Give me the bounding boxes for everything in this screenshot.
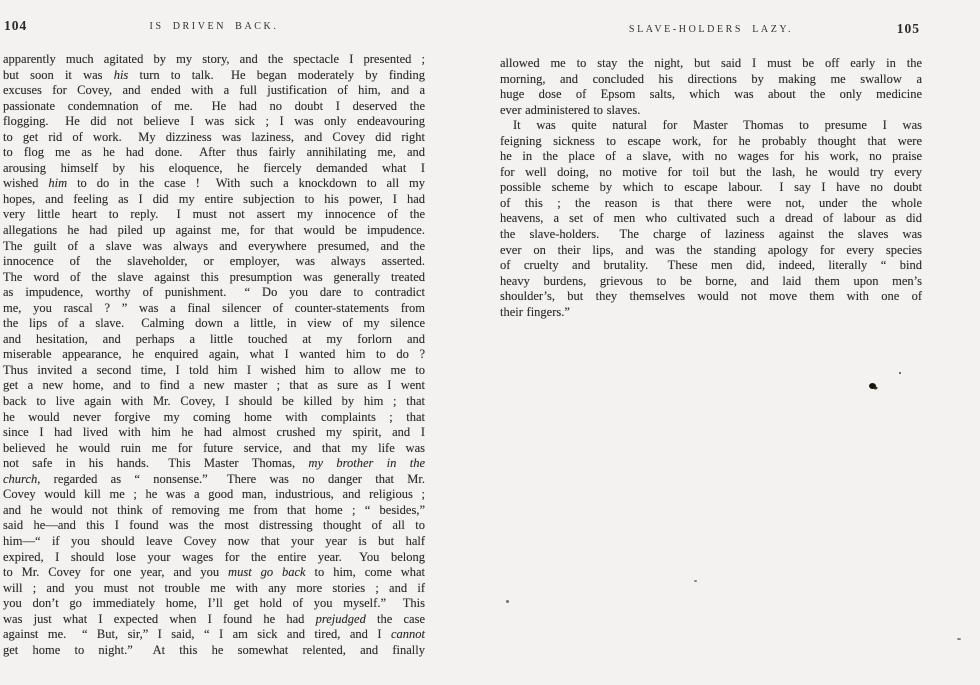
text-run: allegations he had piled up against me, … xyxy=(3,223,425,237)
italic-text-run: my brother in the xyxy=(308,456,425,470)
text-line: as impudence, worthy of punishment. “ Do… xyxy=(3,285,425,301)
page-number-left: 104 xyxy=(4,18,27,34)
text-run: wished xyxy=(3,176,48,190)
ink-speck xyxy=(694,580,697,582)
text-run: you don’t go immediately home, I’ll get … xyxy=(3,596,425,610)
text-run: the case xyxy=(366,612,425,626)
text-run: to flog me as he had done. After thus fa… xyxy=(3,145,425,159)
running-head-right: SLAVE-HOLDERS LAZY. xyxy=(500,24,922,35)
text-line: arousing himself by his eloquence, he fi… xyxy=(3,161,425,177)
text-run: passionate condemnation of me. He had no… xyxy=(3,99,425,113)
text-run: said he—and this I found was the most di… xyxy=(3,518,425,532)
text-run: , regarded as “ nonsense.” There was no … xyxy=(37,472,425,486)
text-line: Covey would kill me ; he was a good man,… xyxy=(3,487,425,503)
book-scan: 104 IS DRIVEN BACK. apparently much agit… xyxy=(0,0,980,685)
italic-text-run: church xyxy=(3,472,37,486)
text-run: feigning sickness to escape work, for he… xyxy=(500,134,922,148)
text-run: as impudence, worthy of punishment. “ Do… xyxy=(3,285,425,299)
page-number-right: 105 xyxy=(897,21,920,37)
text-line: he would never forgive my coming home wi… xyxy=(3,410,425,426)
text-line: The word of the slave against this presu… xyxy=(3,270,425,286)
text-line: but soon it was his turn to talk. He beg… xyxy=(3,68,425,84)
text-line: said he—and this I found was the most di… xyxy=(3,518,425,534)
text-line: Thus invited a second time, I told him I… xyxy=(3,363,425,379)
text-run: get a new home, and to find a new master… xyxy=(3,378,425,392)
ink-speck xyxy=(957,638,961,640)
text-line: was just what I expected when I found he… xyxy=(3,612,425,628)
text-line: to get rid of work. My dizziness was laz… xyxy=(3,130,425,146)
text-line: possible scheme by which to escape labou… xyxy=(500,180,922,196)
text-line: huge dose of Epsom salts, which was abou… xyxy=(500,87,922,103)
text-run: morning, and concluded his directions by… xyxy=(500,72,922,86)
text-line: and hesitation, and perhaps a little tou… xyxy=(3,332,425,348)
text-line: not safe in his hands. This Master Thoma… xyxy=(3,456,425,472)
text-line: against me. “ But, sir,” I said, “ I am … xyxy=(3,627,425,643)
text-line: The guilt of a slave was always and ever… xyxy=(3,239,425,255)
text-line: their fingers.” xyxy=(500,305,922,321)
text-run: he would never forgive my coming home wi… xyxy=(3,410,425,424)
text-line: heavy burdens, grievous to be borne, and… xyxy=(500,274,922,290)
text-run: and he would not think of removing me fr… xyxy=(3,503,425,517)
text-run: believed he would ruin me for future ser… xyxy=(3,441,425,455)
text-run: miserable appearance, he enquired again,… xyxy=(3,347,425,361)
text-run: turn to talk. He began moderately by fin… xyxy=(128,68,425,82)
text-run: huge dose of Epsom salts, which was abou… xyxy=(500,87,922,101)
paragraph: allowed me to stay the night, but said I… xyxy=(500,56,922,118)
text-line: me, you rascal ? ” was a final silencer … xyxy=(3,301,425,317)
text-run: back to live again with Mr. Covey, I sho… xyxy=(3,394,425,408)
text-run: excuses for Covey, and ended with a full… xyxy=(3,83,425,97)
text-run: not safe in his hands. This Master Thoma… xyxy=(3,456,308,470)
text-run: him—“ if you should leave Covey now that… xyxy=(3,534,425,548)
text-run: and hesitation, and perhaps a little tou… xyxy=(3,332,425,346)
italic-text-run: him xyxy=(48,176,67,190)
text-run: their fingers.” xyxy=(500,305,570,319)
text-run: the lips of a slave. Calming down a litt… xyxy=(3,316,425,330)
text-line: get a new home, and to find a new master… xyxy=(3,378,425,394)
text-line: flogging. He did not believe I was sick … xyxy=(3,114,425,130)
page-header-right: SLAVE-HOLDERS LAZY. 105 xyxy=(500,24,922,40)
text-line: of this ; the reason is that there were … xyxy=(500,196,922,212)
page-body-right: allowed me to stay the night, but said I… xyxy=(500,56,922,320)
text-line: apparently much agitated by my story, an… xyxy=(3,52,425,68)
text-line: ever administered to slaves. xyxy=(500,103,922,119)
text-run: the slave-holders. The charge of lazines… xyxy=(500,227,922,241)
text-run: to get rid of work. My dizziness was laz… xyxy=(3,130,425,144)
text-line: him—“ if you should leave Covey now that… xyxy=(3,534,425,550)
text-run: of cruelty and brutality. These men did,… xyxy=(500,258,922,272)
text-line: he in the place of a slave, with no wage… xyxy=(500,149,922,165)
text-line: expired, I should lose your wages for th… xyxy=(3,550,425,566)
text-line: and he would not think of removing me fr… xyxy=(3,503,425,519)
text-run: to Mr. Covey for one year, and you xyxy=(3,565,228,579)
text-run: allowed me to stay the night, but said I… xyxy=(500,56,922,70)
text-line: allegations he had piled up against me, … xyxy=(3,223,425,239)
text-line: to flog me as he had done. After thus fa… xyxy=(3,145,425,161)
paragraph: It was quite natural for Master Thomas t… xyxy=(500,118,922,320)
text-line: feigning sickness to escape work, for he… xyxy=(500,134,922,150)
text-line: allowed me to stay the night, but said I… xyxy=(500,56,922,72)
italic-text-run: cannot xyxy=(391,627,425,641)
text-run: for well doing, no motive for toil but t… xyxy=(500,165,922,179)
text-run: ever on their lips, and was the standing… xyxy=(500,243,922,257)
text-run: It was quite natural for Master Thomas t… xyxy=(513,118,922,132)
ink-speck xyxy=(506,600,509,603)
paragraph: apparently much agitated by my story, an… xyxy=(3,52,425,658)
text-line: since I had lived with him he had almost… xyxy=(3,425,425,441)
text-run: to do in the case ! With such a knockdow… xyxy=(67,176,425,190)
text-run: but soon it was xyxy=(3,68,114,82)
text-run: apparently much agitated by my story, an… xyxy=(3,52,425,66)
text-run: heavens, a set of men who cultivated suc… xyxy=(500,211,922,225)
text-line: get home to night.” At this he somewhat … xyxy=(3,643,425,659)
text-run: shoulder’s, but they themselves would no… xyxy=(500,289,922,303)
text-line: innocence of the slaveholder, or employe… xyxy=(3,254,425,270)
text-run: possible scheme by which to escape labou… xyxy=(500,180,922,194)
text-line: back to live again with Mr. Covey, I sho… xyxy=(3,394,425,410)
text-line: excuses for Covey, and ended with a full… xyxy=(3,83,425,99)
text-line: hopes, and feeling as I did my entire su… xyxy=(3,192,425,208)
text-run: Thus invited a second time, I told him I… xyxy=(3,363,425,377)
text-run: get home to night.” At this he somewhat … xyxy=(3,643,425,657)
text-line: the lips of a slave. Calming down a litt… xyxy=(3,316,425,332)
text-line: of cruelty and brutality. These men did,… xyxy=(500,258,922,274)
text-line: It was quite natural for Master Thomas t… xyxy=(500,118,922,134)
italic-text-run: must go back xyxy=(228,565,306,579)
text-line: believed he would ruin me for future ser… xyxy=(3,441,425,457)
text-line: passionate condemnation of me. He had no… xyxy=(3,99,425,115)
text-run: of this ; the reason is that there were … xyxy=(500,196,922,210)
text-run: he in the place of a slave, with no wage… xyxy=(500,149,922,163)
text-line: ever on their lips, and was the standing… xyxy=(500,243,922,259)
text-line: will ; and you must not trouble me with … xyxy=(3,581,425,597)
text-run: ever administered to slaves. xyxy=(500,103,640,117)
text-line: church, regarded as “ nonsense.” There w… xyxy=(3,472,425,488)
text-line: you don’t go immediately home, I’ll get … xyxy=(3,596,425,612)
text-run: hopes, and feeling as I did my entire su… xyxy=(3,192,425,206)
italic-text-run: prejudged xyxy=(316,612,366,626)
text-run: expired, I should lose your wages for th… xyxy=(3,550,425,564)
text-line: very little heart to reply. I must not a… xyxy=(3,207,425,223)
text-run: innocence of the slaveholder, or employe… xyxy=(3,254,425,268)
ink-blot xyxy=(869,383,876,389)
text-line: miserable appearance, he enquired again,… xyxy=(3,347,425,363)
text-line: wished him to do in the case ! With such… xyxy=(3,176,425,192)
text-run: Covey would kill me ; he was a good man,… xyxy=(3,487,425,501)
text-line: shoulder’s, but they themselves would no… xyxy=(500,289,922,305)
text-run: The word of the slave against this presu… xyxy=(3,270,425,284)
text-run: me, you rascal ? ” was a final silencer … xyxy=(3,301,425,315)
page-header-left: 104 IS DRIVEN BACK. xyxy=(3,21,425,37)
text-run: arousing himself by his eloquence, he fi… xyxy=(3,161,425,175)
text-run: very little heart to reply. I must not a… xyxy=(3,207,425,221)
italic-text-run: his xyxy=(114,68,129,82)
page-body-left: apparently much agitated by my story, an… xyxy=(3,52,425,658)
text-line: morning, and concluded his directions by… xyxy=(500,72,922,88)
text-line: to Mr. Covey for one year, and you must … xyxy=(3,565,425,581)
running-head-left: IS DRIVEN BACK. xyxy=(3,21,425,32)
text-run: heavy burdens, grievous to be borne, and… xyxy=(500,274,922,288)
text-run: was just what I expected when I found he… xyxy=(3,612,316,626)
text-run: will ; and you must not trouble me with … xyxy=(3,581,425,595)
text-run: flogging. He did not believe I was sick … xyxy=(3,114,425,128)
text-run: since I had lived with him he had almost… xyxy=(3,425,425,439)
text-line: heavens, a set of men who cultivated suc… xyxy=(500,211,922,227)
text-run: The guilt of a slave was always and ever… xyxy=(3,239,425,253)
text-line: the slave-holders. The charge of lazines… xyxy=(500,227,922,243)
ink-speck xyxy=(899,372,901,374)
text-run: against me. “ But, sir,” I said, “ I am … xyxy=(3,627,391,641)
text-line: for well doing, no motive for toil but t… xyxy=(500,165,922,181)
text-run: to him, come what xyxy=(306,565,425,579)
